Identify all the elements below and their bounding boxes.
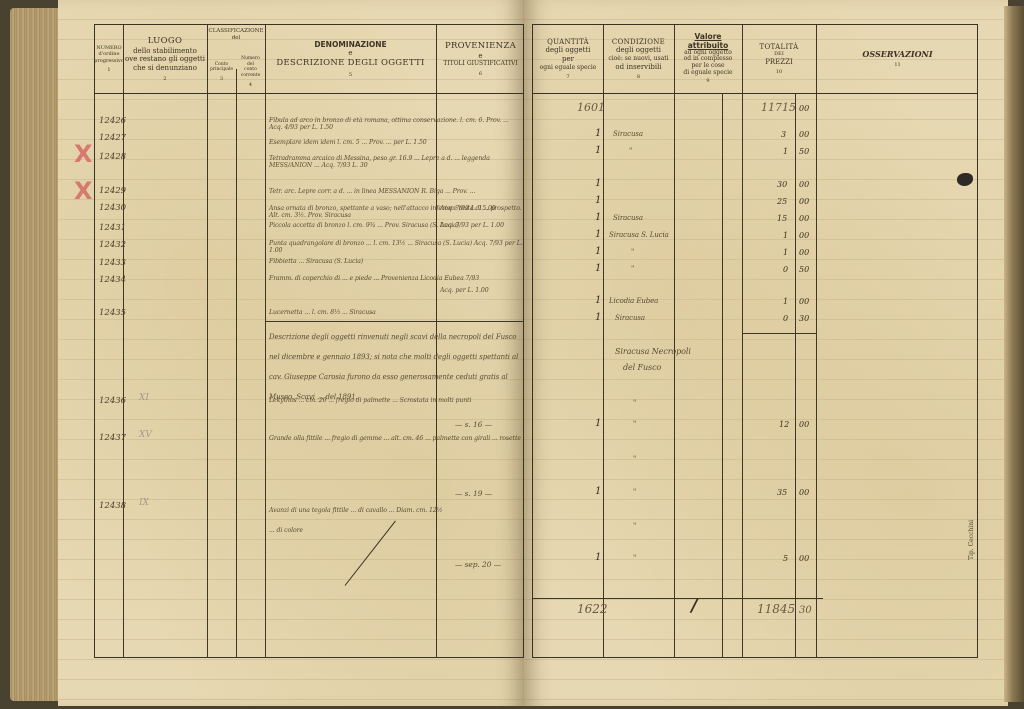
column-divider xyxy=(207,25,208,657)
header-label: PREZZI xyxy=(765,58,793,67)
header-conto-principale: Conto principale 3 xyxy=(207,51,236,93)
tick-mark: / xyxy=(691,595,698,616)
row-origin: " xyxy=(633,522,636,530)
header-title: CLASSIFICAZIONE del xyxy=(207,28,265,42)
class-numeral: XI xyxy=(139,393,149,403)
row-lire: 0 xyxy=(783,314,788,323)
row-cents: 00 xyxy=(799,130,809,139)
entry-provenance: Acq. 7/93 L. 15.00 xyxy=(440,205,496,212)
entry-number: 12436 xyxy=(99,396,126,406)
header-numero-conto: Numero del conto corrente 4 xyxy=(236,51,265,93)
ledger-row: 1 Siracusa 3 00 xyxy=(533,128,816,142)
entry-description: Fibbietta ... Siracusa (S. Lucia) xyxy=(269,258,523,265)
row-origin: " xyxy=(633,399,636,407)
row-cents: 00 xyxy=(799,420,809,429)
row-origin: Siracusa S. Lucia xyxy=(609,231,669,239)
ledger-row: 1 " 1 00 xyxy=(533,246,816,260)
row-lire: 5 xyxy=(783,554,788,563)
row-cents: 00 xyxy=(799,180,809,189)
header-divider xyxy=(95,93,523,94)
column-divider xyxy=(674,25,675,657)
row-origin: " xyxy=(633,488,636,496)
printer-imprint: Tip. Cecchini xyxy=(968,520,975,560)
header-title: LUOGO xyxy=(148,36,183,47)
entry-description: Tetr. arc. Lepre corr. a d. ... in linea… xyxy=(269,188,523,195)
entry-description: Avanzi di una tegola fittile ... di cava… xyxy=(269,501,449,541)
carried-forward-total: 11715 xyxy=(761,101,796,114)
header-title: QUANTITÀ xyxy=(547,38,589,47)
ledger-row: 1 Licodia Eubea 1 00 xyxy=(533,295,816,309)
header-osservazioni: OSSERVAZIONI 11 xyxy=(816,25,979,93)
row-origin: Siracusa xyxy=(613,130,643,138)
entry-description: Punta quadrangolare di bronzo ... l. cm.… xyxy=(269,240,523,254)
row-lire: 3 xyxy=(781,130,786,139)
row-origin: " xyxy=(633,455,636,463)
row-origin: " xyxy=(633,420,636,428)
row-origin: " xyxy=(633,554,636,562)
header-title: DENOMINAZIONE xyxy=(314,40,386,49)
class-numeral: IX xyxy=(139,498,149,508)
header-quantita: QUANTITÀ degli oggetti per ogni eguale s… xyxy=(533,25,603,93)
entry-number: 12427 xyxy=(99,133,126,143)
entry-number: 12429 xyxy=(99,186,126,196)
header-label: od inservibili xyxy=(615,63,661,72)
row-lire: 1 xyxy=(783,297,788,306)
row-quantity: 1 xyxy=(595,128,601,139)
header-label: per xyxy=(562,55,574,64)
header-label: DESCRIZIONE DEGLI OGGETTI xyxy=(276,58,424,69)
row-lire: 1 xyxy=(783,231,788,240)
entry-number: 12437 xyxy=(99,433,126,443)
cancel-mark: X xyxy=(74,140,93,168)
column-number: 9 xyxy=(706,79,709,85)
header-classificazione: CLASSIFICAZIONE del xyxy=(207,25,265,47)
row-quantity: 1 xyxy=(595,145,601,156)
header-label: dello stabilimento xyxy=(133,47,197,56)
entry-description: Grande olla fittile ... fregio di gemme … xyxy=(269,433,523,445)
entry-description: Framm. di coperchio di ... e piede ... P… xyxy=(269,275,523,282)
header-label: ove restano gli oggetti xyxy=(125,55,205,64)
header-numero: NUMERO d'ordine progressivo 1 xyxy=(95,25,123,93)
row-cents: 00 xyxy=(799,197,809,206)
column-number: 5 xyxy=(349,72,352,78)
header-title: CONDIZIONE xyxy=(612,38,665,47)
row-cents: 00 xyxy=(799,248,809,257)
row-quantity: 1 xyxy=(595,263,601,274)
ledger-row: 1 " 1 50 xyxy=(533,145,816,159)
entry-number: 12430 xyxy=(99,203,126,213)
right-page-edge xyxy=(1004,6,1024,702)
row-cents: 00 xyxy=(799,231,809,240)
row-lire: 35 xyxy=(777,488,787,497)
header-label: ogni eguale specie xyxy=(540,64,597,72)
ledger-row: 1 25 00 xyxy=(533,195,816,209)
header-label: degli oggetti xyxy=(616,46,661,55)
row-quantity: 1 xyxy=(595,229,601,240)
entry-description: Tetradramma arcaico di Messina, peso gr.… xyxy=(269,155,523,169)
row-cents: 00 xyxy=(799,488,809,497)
column-number: 3 xyxy=(220,76,223,82)
left-ledger-table: NUMERO d'ordine progressivo 1 LUOGO dell… xyxy=(94,24,524,658)
column-number: 6 xyxy=(479,71,482,77)
row-quantity: 1 xyxy=(595,312,601,323)
row-quantity: 1 xyxy=(595,418,601,429)
entry-number: 12434 xyxy=(99,275,126,285)
entry-number: 12438 xyxy=(99,501,126,511)
subtotal-rule xyxy=(742,333,816,334)
header-label: e xyxy=(348,49,352,58)
column-number: 11 xyxy=(894,62,900,68)
row-cents: 00 xyxy=(799,554,809,563)
total-rule xyxy=(533,598,823,599)
column-divider xyxy=(816,25,817,657)
row-origin: Licodia Eubea xyxy=(609,297,658,305)
row-lire: 25 xyxy=(777,197,787,206)
entry-description: Lucernetta ... l. cm. 8⅓ ... Siracusa xyxy=(269,309,523,316)
header-label: e xyxy=(478,52,482,61)
header-label: conto corrente xyxy=(236,67,265,78)
entry-provenance: — s. 16 — xyxy=(455,420,492,429)
grand-total: 11845 xyxy=(757,602,795,616)
header-label: progressivo xyxy=(94,58,124,64)
left-page: NUMERO d'ordine progressivo 1 LUOGO dell… xyxy=(58,0,524,706)
column-number: 7 xyxy=(566,74,569,80)
entry-provenance: — s. 19 — xyxy=(455,489,492,498)
header-provenienza: PROVENIENZA e TITOLI GIUSTIFICATIVI 6 xyxy=(436,25,525,93)
row-lire: 12 xyxy=(779,420,789,429)
row-lire: 1 xyxy=(783,248,788,257)
column-divider xyxy=(236,69,237,657)
grand-total-cents: 30 xyxy=(799,605,812,616)
row-quantity: 1 xyxy=(595,212,601,223)
row-quantity: 1 xyxy=(595,552,601,563)
entry-number: 12428 xyxy=(99,152,126,162)
column-divider xyxy=(742,25,743,657)
row-quantity: 1 xyxy=(595,195,601,206)
class-numeral: XV xyxy=(139,430,152,440)
row-cents: 50 xyxy=(799,147,809,156)
header-label: di eguale specie xyxy=(683,70,732,77)
row-quantity: 1 xyxy=(595,486,601,497)
entry-provenance: Acq. per L. 1.00 xyxy=(440,287,489,294)
header-title: OSSERVAZIONI xyxy=(862,49,932,59)
entry-provenance: — sep. 20 — xyxy=(455,560,501,569)
ledger-row: 1 " 0 50 xyxy=(533,263,816,277)
entry-number: 12432 xyxy=(99,240,126,250)
header-denominazione: DENOMINAZIONE e DESCRIZIONE DEGLI OGGETT… xyxy=(265,25,436,93)
entry-number: 12426 xyxy=(99,116,126,126)
header-luogo: LUOGO dello stabilimento ove restano gli… xyxy=(123,25,207,93)
row-cents: 30 xyxy=(799,314,809,323)
row-quantity: 1 xyxy=(595,295,601,306)
header-totalita: TOTALITÀ DEI PREZZI 10 xyxy=(742,25,816,93)
row-origin: Siracusa xyxy=(615,314,645,322)
origin-note: del Fusco xyxy=(623,363,661,372)
carried-forward-cents: 00 xyxy=(799,104,809,113)
header-label: degli oggetti xyxy=(546,46,591,55)
column-number: 8 xyxy=(637,74,640,80)
entry-description: Esemplare idem idem l. cm. 5 ... Prov. .… xyxy=(269,139,523,146)
entry-description: Fibula ad arco in bronzo di età romana, … xyxy=(269,117,523,131)
column-divider xyxy=(603,25,604,657)
header-label: che si denunziano xyxy=(133,64,197,73)
section-note: Descrizione degli oggetti rinvenuti negl… xyxy=(269,327,523,407)
row-cents: 00 xyxy=(799,214,809,223)
column-divider xyxy=(265,25,266,657)
cancel-mark: X xyxy=(74,177,93,205)
column-number: 1 xyxy=(107,67,110,73)
ledger-row: 1 30 00 xyxy=(533,178,816,192)
entry-number: 12435 xyxy=(99,308,126,318)
row-cents: 00 xyxy=(799,297,809,306)
row-origin: " xyxy=(629,147,632,155)
row-origin: Siracusa xyxy=(613,214,643,222)
header-condizione: CONDIZIONE degli oggetti cioè: se nuovi,… xyxy=(603,25,674,93)
row-quantity: 1 xyxy=(595,178,601,189)
row-lire: 0 xyxy=(783,265,788,274)
entry-number: 12433 xyxy=(99,258,126,268)
entry-description: Lekythos ... cm. 26 ... fregio di palmet… xyxy=(269,397,523,404)
total-quantity: 1622 xyxy=(577,602,608,616)
ledger-row: 1 Siracusa 0 30 xyxy=(533,312,816,326)
row-origin: " xyxy=(631,265,634,273)
right-ledger-table: QUANTITÀ degli oggetti per ogni eguale s… xyxy=(532,24,978,658)
header-label: principale xyxy=(210,67,233,73)
header-label: TITOLI GIUSTIFICATIVI xyxy=(443,60,517,68)
header-title: PROVENIENZA xyxy=(445,41,516,52)
column-number: 2 xyxy=(163,76,166,82)
header-divider xyxy=(533,93,977,94)
carried-forward-quantity: 1601 xyxy=(577,101,605,114)
row-origin: " xyxy=(631,248,634,256)
origin-note: Siracusa Necropoli xyxy=(615,347,691,356)
row-cents: 50 xyxy=(799,265,809,274)
row-lire: 1 xyxy=(783,147,788,156)
row-quantity: 1 xyxy=(595,246,601,257)
column-number: 4 xyxy=(249,82,252,88)
page-edges xyxy=(10,8,58,701)
section-rule xyxy=(265,321,525,322)
header-title: TOTALITÀ xyxy=(760,43,799,52)
header-title: Valore attribuito xyxy=(674,33,742,50)
header-label: cioè: se nuovi, usati xyxy=(608,55,668,63)
right-page: QUANTITÀ degli oggetti per ogni eguale s… xyxy=(524,0,1008,706)
header-valore: Valore attribuito ad ogni oggetto od in … xyxy=(674,25,742,93)
row-lire: 15 xyxy=(777,214,787,223)
entry-provenance: Acq. 7/93 per L. 1.00 xyxy=(440,222,504,229)
ledger-row: 1 Siracusa 15 00 xyxy=(533,212,816,226)
entry-number: 12431 xyxy=(99,223,126,233)
column-number: 10 xyxy=(776,69,782,75)
row-lire: 30 xyxy=(777,180,787,189)
ledger-row: 1 Siracusa S. Lucia 1 00 xyxy=(533,229,816,243)
